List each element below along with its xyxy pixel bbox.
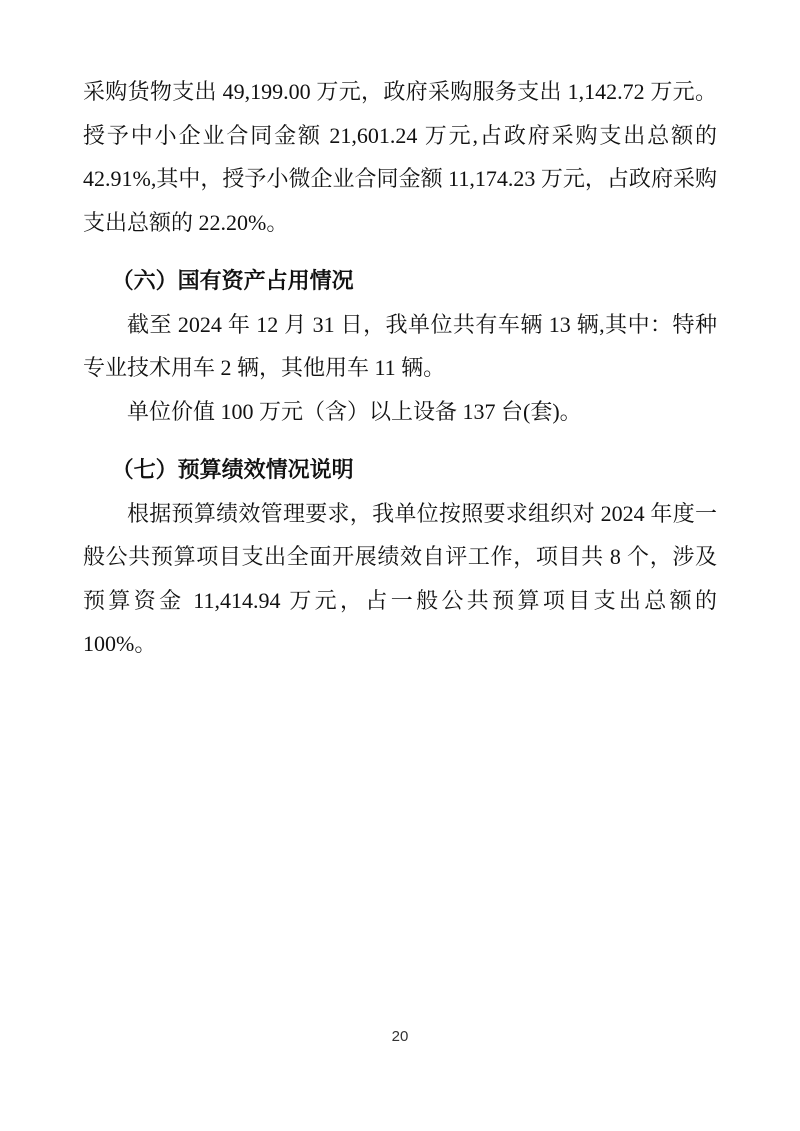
page-footer: 20	[0, 1028, 800, 1045]
heading-section-6-state-assets: （六）国有资产占用情况	[83, 259, 717, 303]
page-number: 20	[392, 1028, 409, 1045]
document-page: 采购货物支出 49,199.00 万元，政府采购服务支出 1,142.72 万元…	[0, 0, 800, 1131]
paragraph-equipment: 单位价值 100 万元（含）以上设备 137 台(套)。	[83, 390, 717, 434]
paragraph-performance-evaluation: 根据预算绩效管理要求，我单位按照要求组织对 2024 年度一般公共预算项目支出全…	[83, 492, 717, 666]
document-content: 采购货物支出 49,199.00 万元，政府采购服务支出 1,142.72 万元…	[83, 70, 717, 666]
heading-section-7-budget-performance: （七）预算绩效情况说明	[83, 448, 717, 492]
paragraph-vehicles: 截至 2024 年 12 月 31 日，我单位共有车辆 13 辆,其中：特种专业…	[83, 303, 717, 390]
paragraph-government-procurement: 采购货物支出 49,199.00 万元，政府采购服务支出 1,142.72 万元…	[83, 70, 717, 244]
